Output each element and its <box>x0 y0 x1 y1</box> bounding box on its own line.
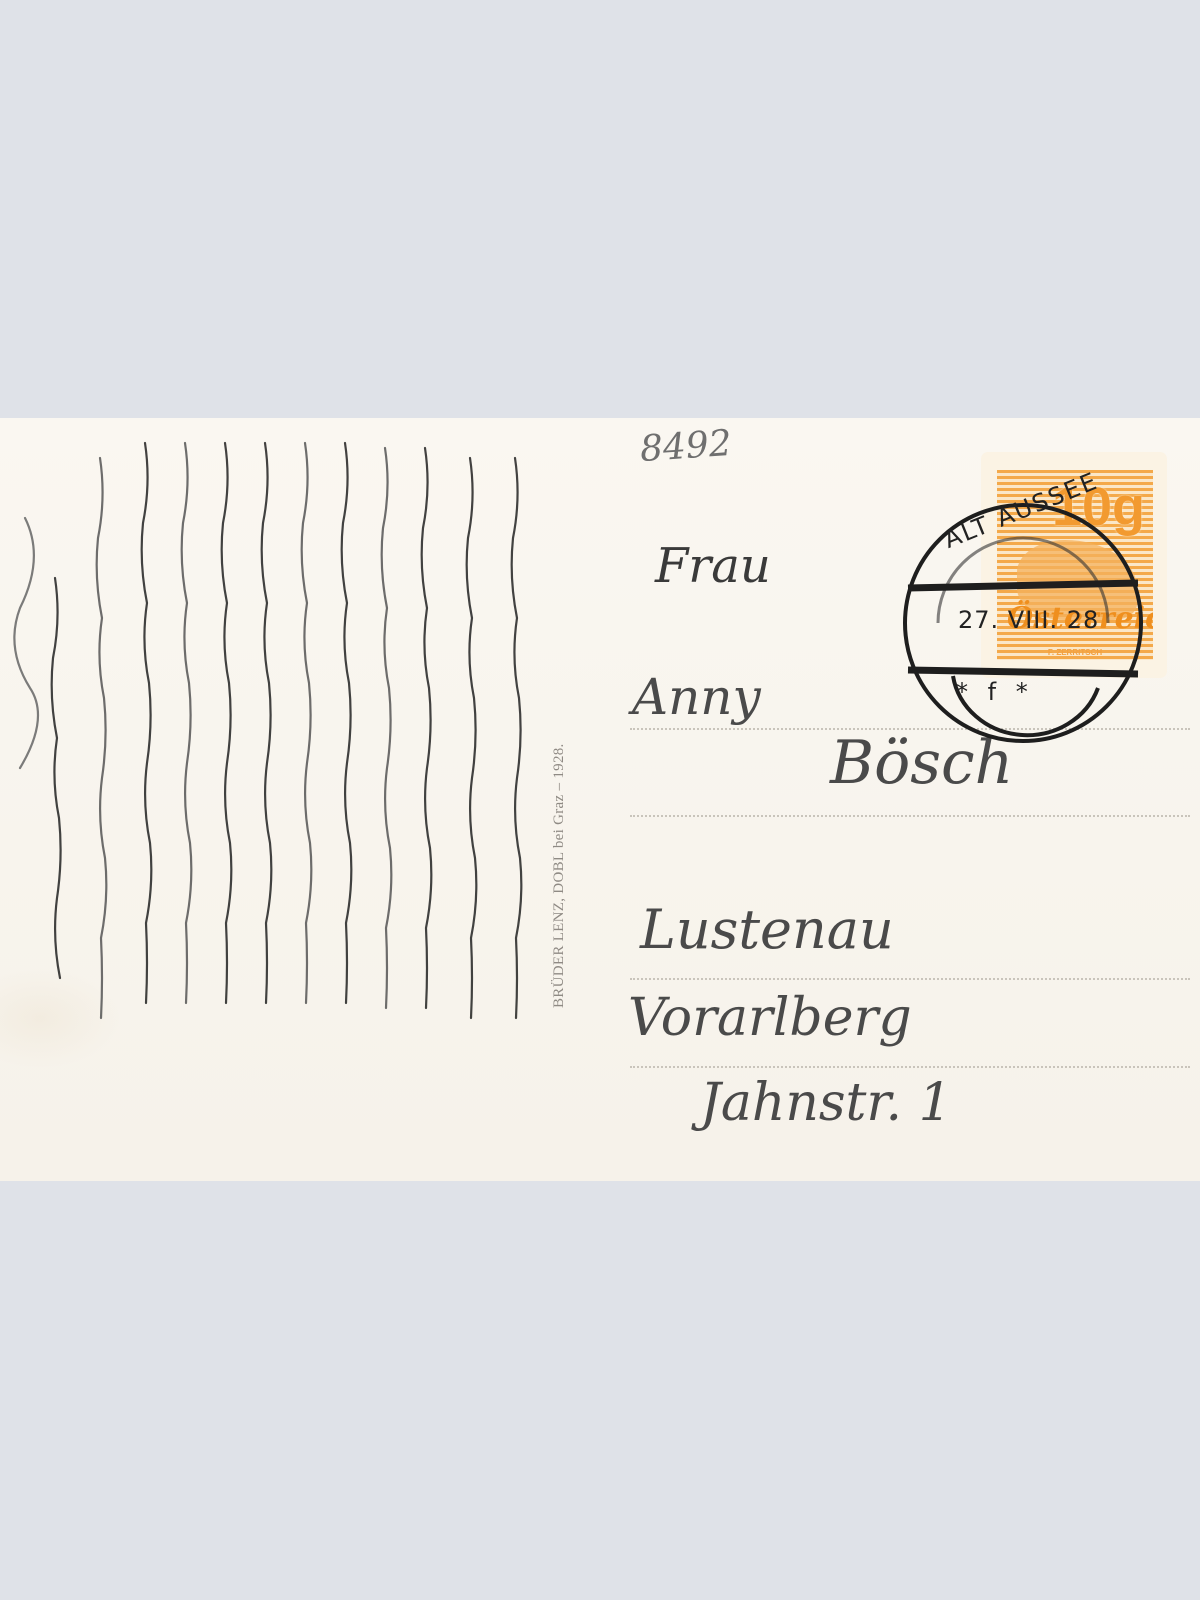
stamp-value: 10g <box>1052 476 1145 538</box>
address-region: Vorarlberg <box>628 988 912 1048</box>
address-surname: Bösch <box>830 728 1013 798</box>
address-city: Lustenau <box>640 898 894 961</box>
postmark-code: * f * <box>956 678 1028 706</box>
address-line-3 <box>630 978 1190 980</box>
address-line-4 <box>630 1066 1190 1068</box>
postage-stamp: 10g Österreich F. ZERRITSCH <box>985 456 1163 674</box>
reference-number: 8492 <box>639 423 733 470</box>
address-salutation: Frau <box>655 538 771 594</box>
handwritten-message <box>0 418 540 1181</box>
address-first-name: Anny <box>632 668 761 726</box>
address-street: Jahnstr. 1 <box>700 1073 952 1133</box>
stamp-country: Österreich <box>1007 601 1153 636</box>
stamp-designer: F. ZERRITSCH <box>997 648 1153 657</box>
postcard: BRÜDER LENZ, DOBL bei Graz – 1928. 8492 … <box>0 418 1200 1181</box>
publisher-imprint: BRÜDER LENZ, DOBL bei Graz – 1928. <box>551 743 568 1008</box>
address-line-2 <box>630 815 1190 817</box>
